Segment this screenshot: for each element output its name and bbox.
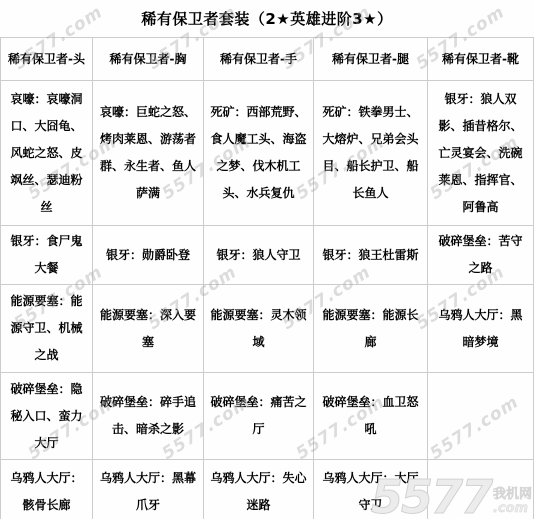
set-cell: 破碎堡垒：碎手追击、暗杀之影	[93, 373, 204, 460]
set-cell: 乌鸦人大厅：黑暗梦境	[428, 285, 534, 373]
set-cell	[428, 373, 534, 460]
set-cell: 破碎堡垒：痛苦之厅	[204, 373, 314, 460]
set-cell: 乌鸦人大厅：大厅守卫	[314, 460, 428, 519]
table-row: 破碎堡垒：隐秘入口、蛮力大厅 破碎堡垒：碎手追击、暗杀之影 破碎堡垒：痛苦之厅 …	[1, 373, 534, 460]
set-table: 稀有保卫者-头 稀有保卫者-胸 稀有保卫者-手 稀有保卫者-腿 稀有保卫者-靴 …	[0, 37, 534, 519]
set-cell: 能源要塞：深入要塞	[93, 285, 204, 373]
set-cell: 银牙：狼人双影、插昔格尔、亡灵宴会、洗碗莱恩、指挥官、阿鲁高	[428, 81, 534, 226]
set-cell: 乌鸦人大厅：失心迷路	[204, 460, 314, 519]
column-header-head: 稀有保卫者-头	[1, 38, 93, 81]
column-header-hands: 稀有保卫者-手	[204, 38, 314, 81]
table-row: 银牙：食尸鬼大餐 银牙：勋爵卧登 银牙：狼人守卫 银牙：狼王杜雷斯 破碎堡垒：苦…	[1, 226, 534, 285]
set-cell: 哀嚎：巨蛇之怒、烤肉莱恩、游荡者群、永生者、鱼人萨满	[93, 81, 204, 226]
page: 稀有保卫者套装（2★英雄进阶3★） 稀有保卫者-头 稀有保卫者-胸 稀有保卫者-…	[0, 0, 534, 519]
page-title: 稀有保卫者套装（2★英雄进阶3★）	[0, 0, 534, 37]
set-cell: 乌鸦人大厅：骸骨长廊	[1, 460, 93, 519]
set-cell: 破碎堡垒：隐秘入口、蛮力大厅	[1, 373, 93, 460]
column-header-chest: 稀有保卫者-胸	[93, 38, 204, 81]
set-cell: 银牙：狼人守卫	[204, 226, 314, 285]
set-cell: 银牙：狼王杜雷斯	[314, 226, 428, 285]
set-cell: 死矿：西部荒野、食人魔工头、海盗之梦、伐木机工头、水兵复仇	[204, 81, 314, 226]
set-cell: 破碎堡垒：苦守之路	[428, 226, 534, 285]
set-cell: 破碎堡垒：血卫怒吼	[314, 373, 428, 460]
table-row: 乌鸦人大厅：骸骨长廊 乌鸦人大厅：黑幕爪牙 乌鸦人大厅：失心迷路 乌鸦人大厅：大…	[1, 460, 534, 519]
set-cell: 银牙：食尸鬼大餐	[1, 226, 93, 285]
table-row: 能源要塞：能源守卫、机械之战 能源要塞：深入要塞 能源要塞：灵木领域 能源要塞：…	[1, 285, 534, 373]
set-cell: 乌鸦人大厅：黑幕爪牙	[93, 460, 204, 519]
column-header-legs: 稀有保卫者-腿	[314, 38, 428, 81]
set-cell	[428, 460, 534, 519]
set-cell: 银牙：勋爵卧登	[93, 226, 204, 285]
set-cell: 能源要塞：能源守卫、机械之战	[1, 285, 93, 373]
set-cell: 哀嚎：哀嚎洞口、大囧龟、风蛇之怒、皮飒丝、瑟迪粉丝	[1, 81, 93, 226]
set-cell: 死矿：铁拳男士、大熔炉、兄弟会头目、船长护卫、船长鱼人	[314, 81, 428, 226]
header-row: 稀有保卫者-头 稀有保卫者-胸 稀有保卫者-手 稀有保卫者-腿 稀有保卫者-靴	[1, 38, 534, 81]
set-cell: 能源要塞：灵木领域	[204, 285, 314, 373]
column-header-boots: 稀有保卫者-靴	[428, 38, 534, 81]
table-row: 哀嚎：哀嚎洞口、大囧龟、风蛇之怒、皮飒丝、瑟迪粉丝 哀嚎：巨蛇之怒、烤肉莱恩、游…	[1, 81, 534, 226]
set-cell: 能源要塞：能源长廊	[314, 285, 428, 373]
